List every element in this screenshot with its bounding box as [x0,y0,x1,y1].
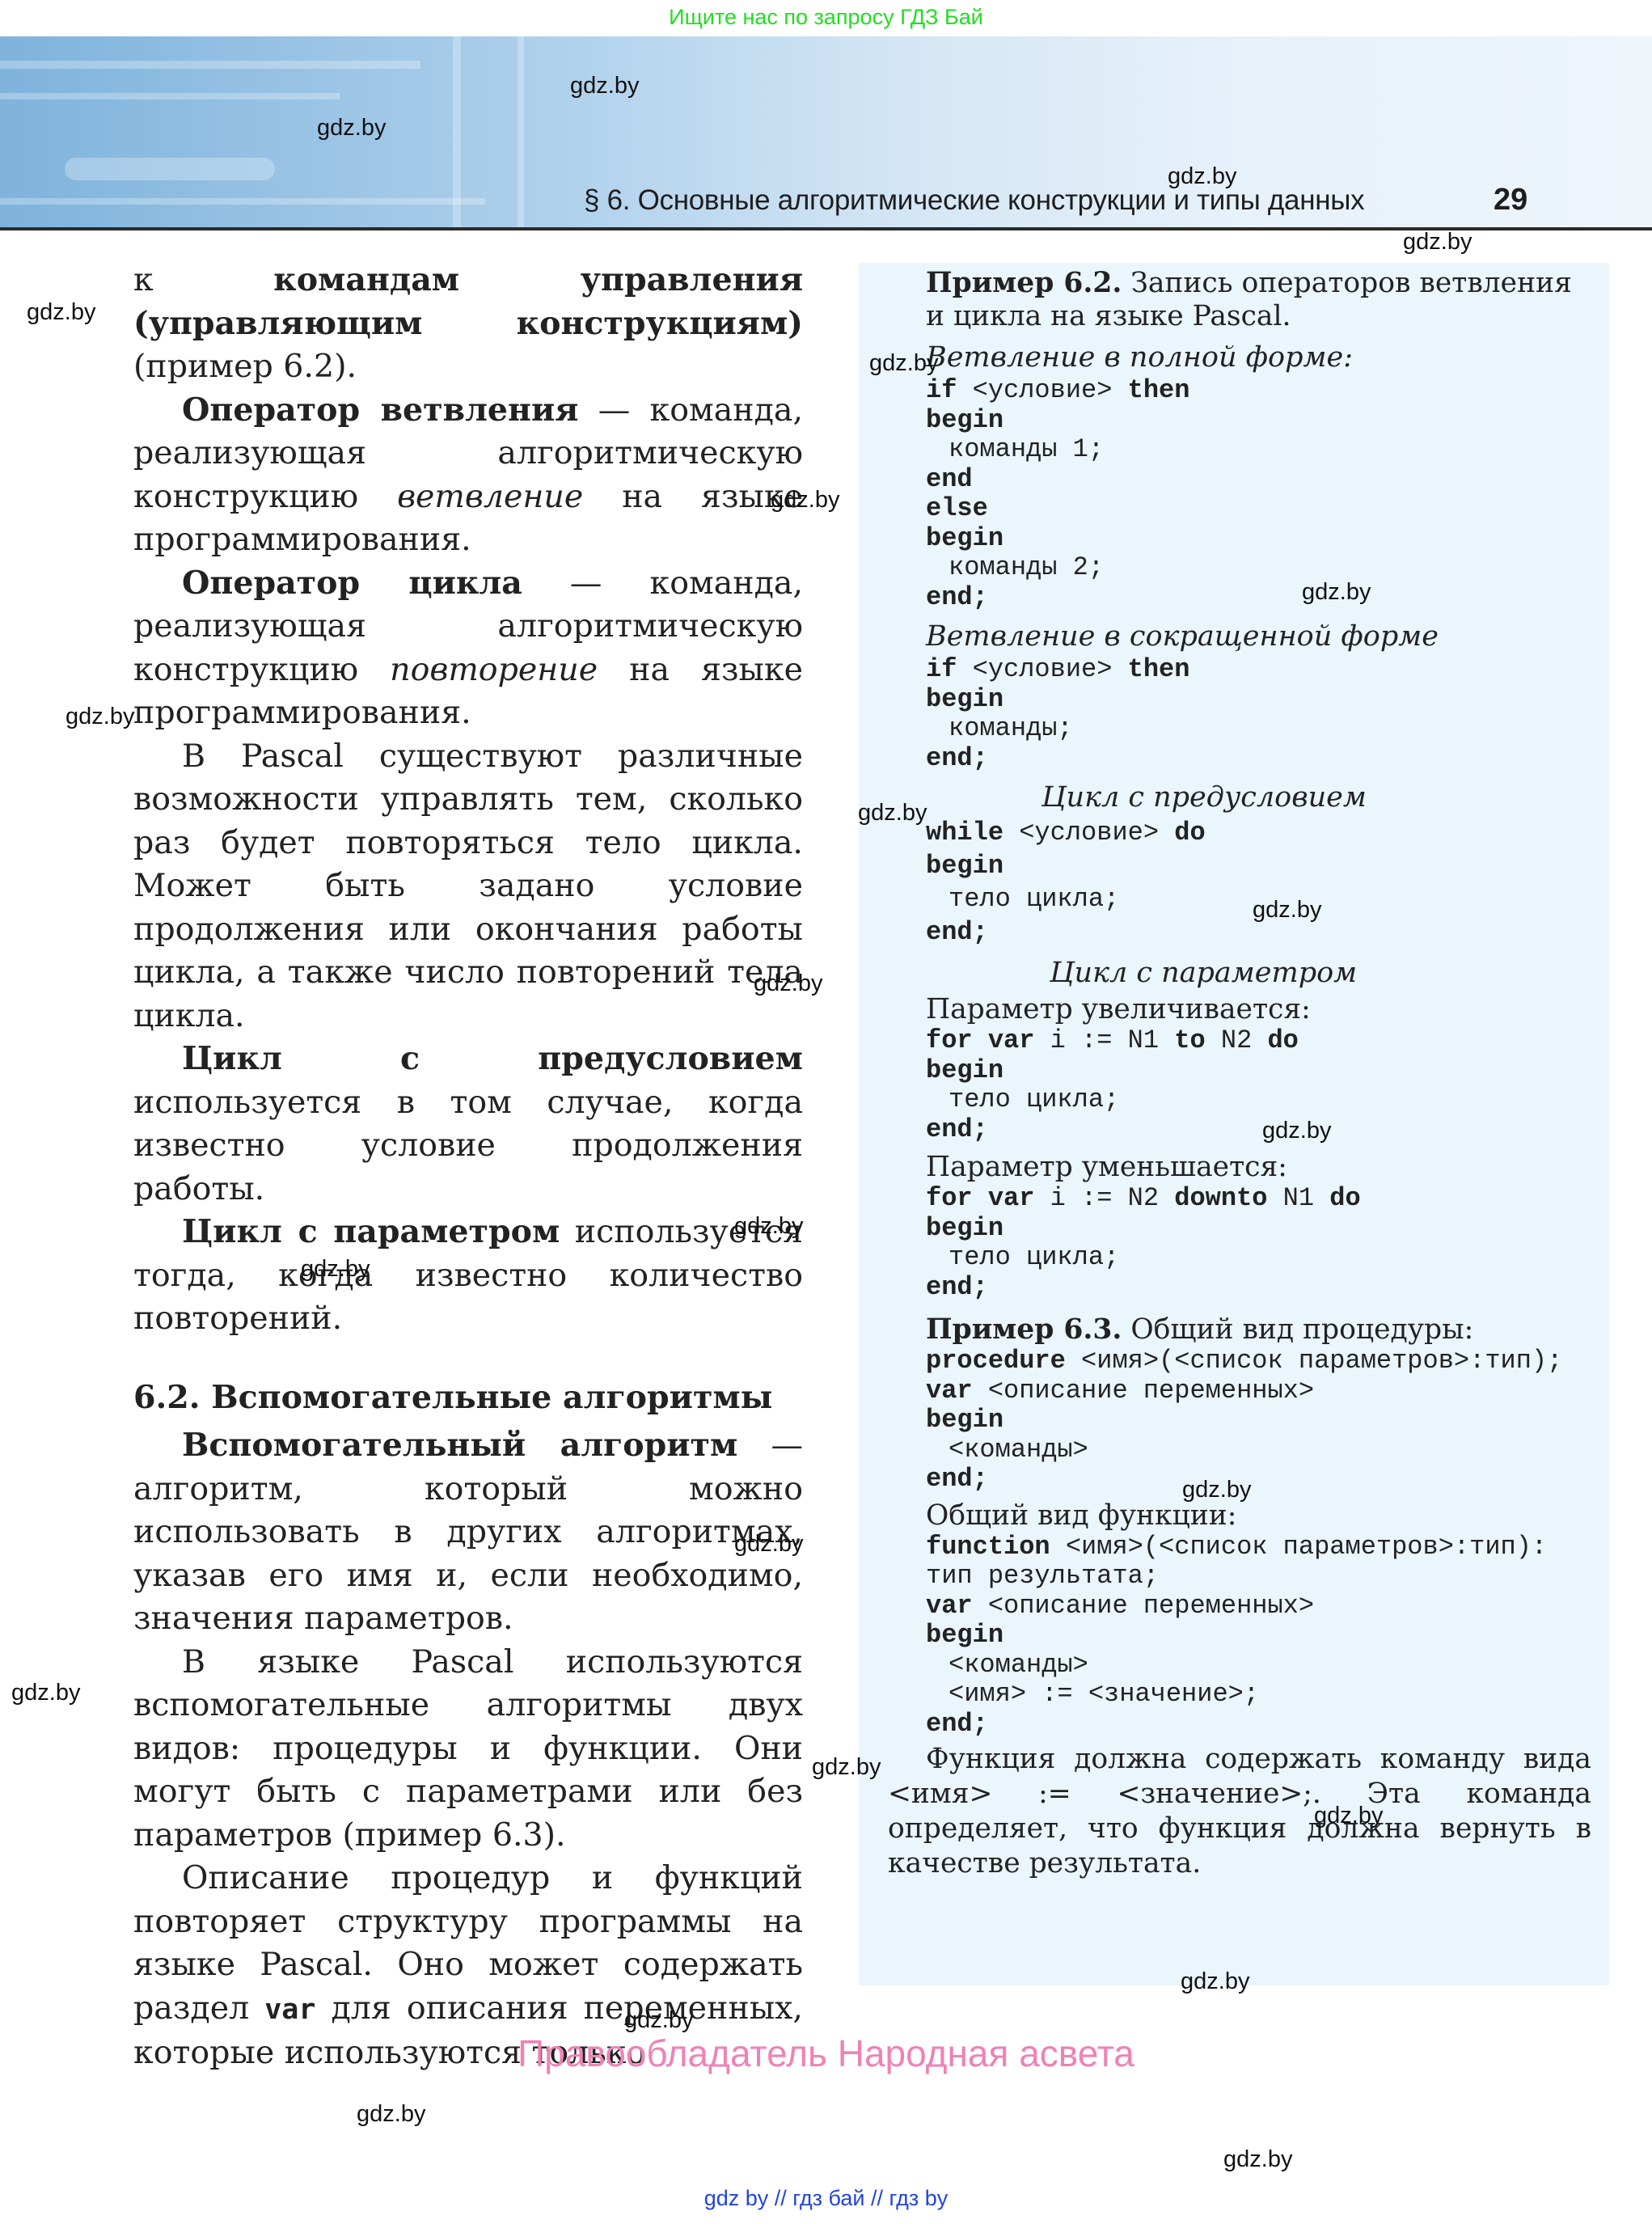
caption-short-branch: Ветвление в сокращенной форме [888,620,1591,653]
watermark: gdz.by [1223,2146,1292,2173]
code-short-branch: if <условие> then begin команды; end; [888,655,1591,773]
paragraph: В языке Pascal используются вспомогатель… [133,1641,803,1858]
paragraph: к командам управления (управляющим конст… [133,259,803,389]
caption-full-branch: Ветвление в полной форме: [888,341,1591,374]
code-function: function <имя>(<список параметров>:тип):… [888,1533,1591,1740]
section-heading: 6.2. Вспомогательные алгоритмы [133,1376,803,1420]
watermark: gdz.by [357,2101,425,2128]
watermark: gdz.by [1262,1118,1331,1144]
main-text-column: к командам управления (управляющим конст… [133,259,803,2075]
running-title: § 6. Основные алгоритмические конструкци… [584,184,1364,217]
circuit-trace-decoration [518,36,524,229]
paragraph: В Pascal существуют различные возможност… [133,735,803,1038]
label-param-decrease: Параметр уменьшается: [888,1151,1591,1184]
label-param-increase: Параметр увеличивается: [888,993,1591,1026]
watermark: gdz.by [1168,163,1236,190]
watermark: gdz.by [858,800,927,827]
paragraph-precondition-loop: Цикл с предусловием используется в том с… [133,1038,803,1211]
example-box-content: Пример 6.2. Запись операторов ветвления … [888,267,1591,1881]
paragraph-parameter-loop: Цикл с параметром используется тогда, ко… [133,1211,803,1341]
paragraph-auxiliary-algorithm: Вспомогательный алгоритм — алгоритм, кот… [133,1424,803,1641]
search-banner[interactable]: Ищите нас по запросу ГДЗ Бай [0,0,1652,36]
code-full-branch: if <условие> then begin команды 1; end e… [888,376,1591,612]
watermark: gdz.by [734,1531,803,1558]
watermark: gdz.by [1403,229,1472,256]
watermark: gdz.by [754,970,822,997]
code-procedure: procedure <имя>(<список параметров>:тип)… [888,1347,1591,1495]
circuit-trace-decoration [0,198,485,205]
function-note: Функция должна содержать команду вида <и… [888,1742,1591,1881]
circuit-trace-decoration [453,36,461,229]
watermark: gdz.by [624,2007,693,2034]
example-6-3-title: Пример 6.3. Общий вид процедуры: [888,1313,1591,1347]
watermark: gdz.by [1181,1968,1249,1995]
watermark: gdz.by [317,115,386,142]
watermark: gdz.by [65,704,134,730]
watermark: gdz.by [1253,897,1321,924]
code-for-to: for var i := N1 to N2 do begin тело цикл… [888,1026,1591,1144]
watermark: gdz.by [570,73,639,99]
caption-for-loop: Цикл с параметром [888,957,1591,990]
watermark: gdz.by [11,1680,80,1706]
watermark: gdz.by [1314,1803,1383,1829]
caption-while-loop: Цикл с предусловием [888,781,1591,814]
paragraph-loop-operator: Оператор цикла — команда, реализующая ал… [133,562,803,735]
paragraph-branch-operator: Оператор ветвления — команда, реализующа… [133,389,803,562]
watermark: gdz.by [27,299,95,326]
footer-links[interactable]: gdz by // гдз бай // гдз by [0,2186,1652,2211]
rights-holder-notice: Правообладатель Народная асвета [0,2032,1652,2075]
watermark: gdz.by [1302,579,1371,606]
watermark: gdz.by [869,350,938,377]
example-6-2-title: Пример 6.2. Запись операторов ветвления … [888,267,1591,333]
circuit-trace-decoration [65,158,275,180]
circuit-trace-decoration [0,93,340,99]
code-for-downto: for var i := N2 downto N1 do begin тело … [888,1184,1591,1302]
page-number: 29 [1494,183,1527,218]
watermark: gdz.by [301,1256,370,1283]
label-function-general: Общий вид функции: [888,1499,1591,1533]
watermark: gdz.by [812,1754,881,1781]
watermark: gdz.by [1182,1477,1251,1503]
watermark: gdz.by [734,1213,803,1240]
circuit-trace-decoration [0,61,420,69]
watermark: gdz.by [771,487,839,514]
code-while-loop: while <условие> do begin тело цикла; end… [888,816,1591,949]
